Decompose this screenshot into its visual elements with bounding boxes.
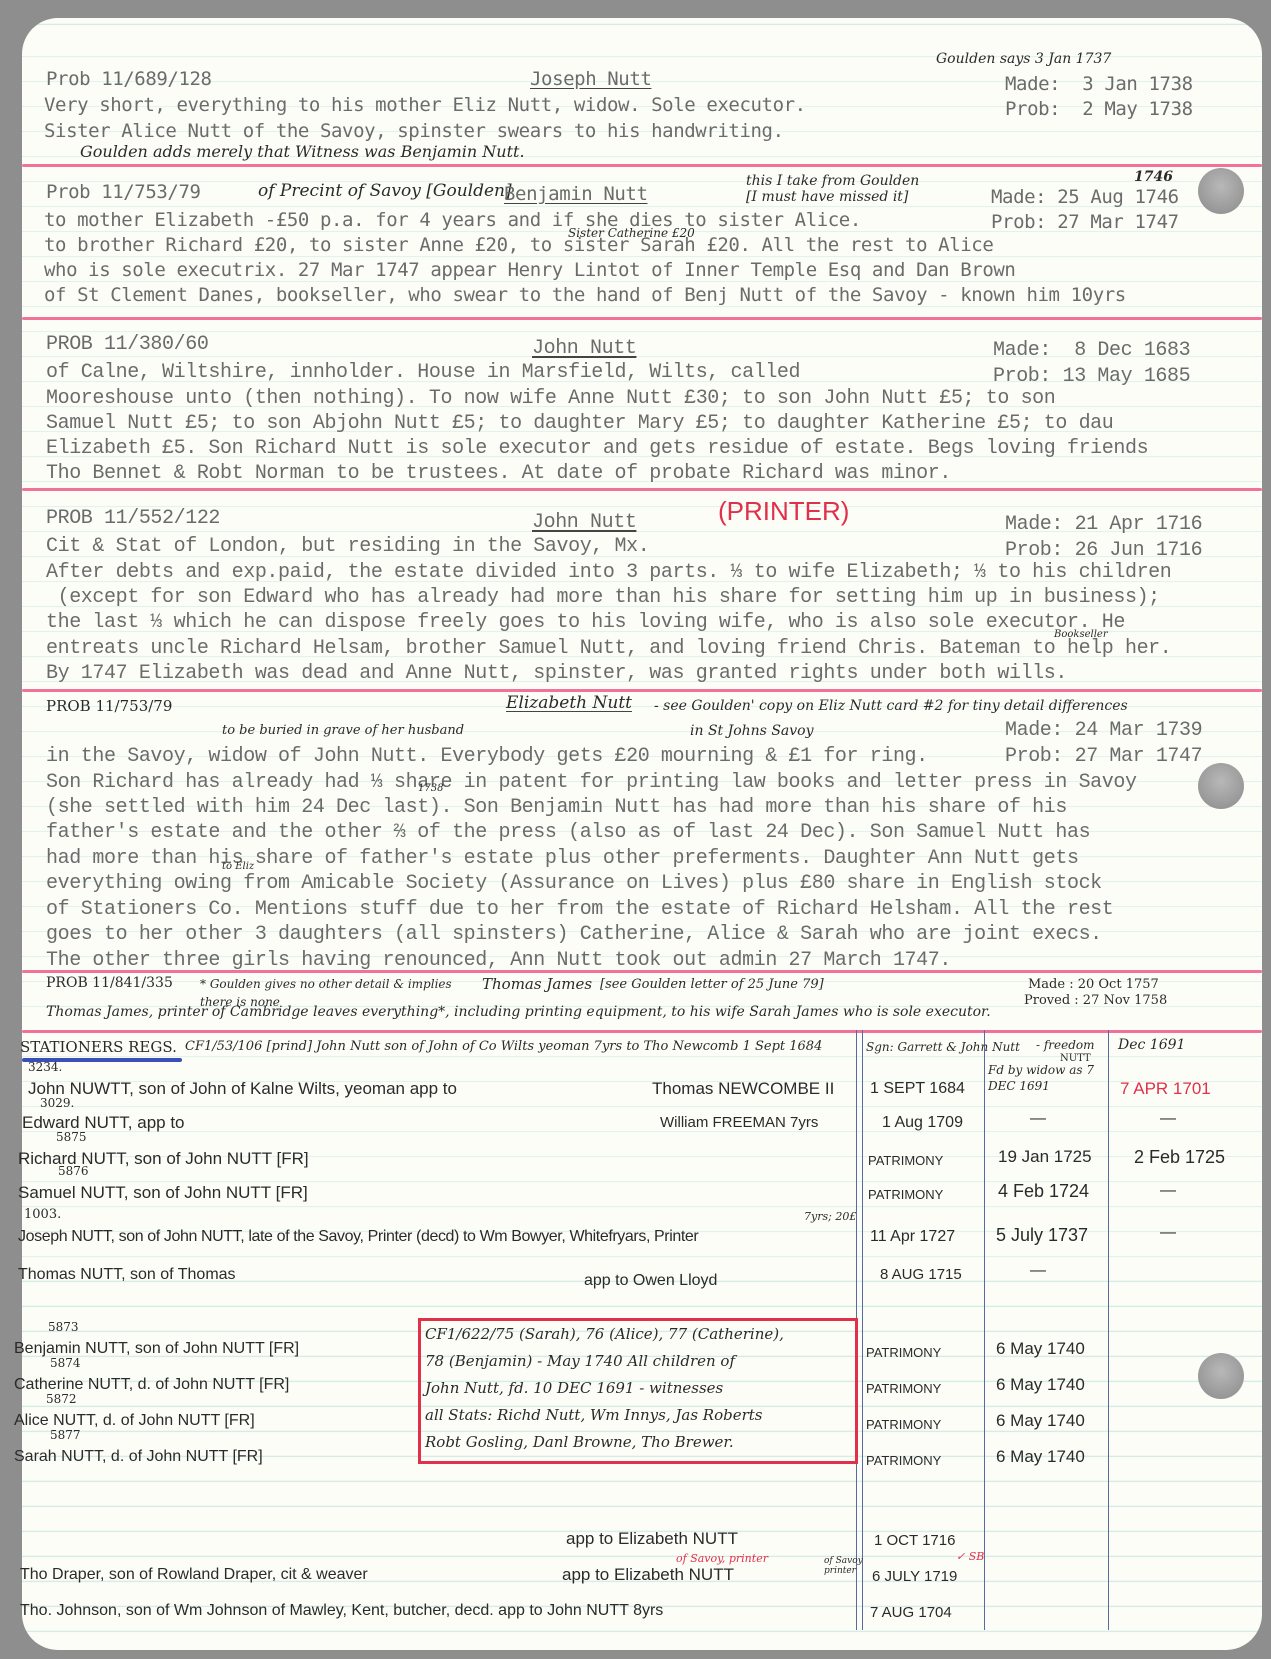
column-divider xyxy=(984,1030,985,1630)
reg-freed: 6 May 1740 xyxy=(996,1408,1085,1434)
reg-name: Samuel NUTT, son of John NUTT [FR] xyxy=(18,1180,308,1206)
reg-bound: PATRIMONY xyxy=(866,1448,941,1474)
separator xyxy=(22,689,1262,692)
entry-name: Benjamin Nutt xyxy=(504,182,648,207)
children-note-box: CF1/622/75 (Sarah), 76 (Alice), 77 (Cath… xyxy=(418,1318,858,1464)
entry-line: By 1747 Elizabeth was dead and Anne Nutt… xyxy=(46,661,1067,686)
reg-bound: PATRIMONY xyxy=(866,1376,941,1402)
entry-line: Mooreshouse unto (then nothing). To now … xyxy=(46,386,1055,411)
entry-line: of St Clement Danes, bookseller, who swe… xyxy=(44,283,1126,308)
entry-line: to mother Elizabeth -£50 p.a. for 4 year… xyxy=(44,208,861,233)
entry-line: father's estate and the other ⅔ of the p… xyxy=(46,820,1090,845)
reg-other: — xyxy=(1160,1106,1176,1132)
entry-name: John Nutt xyxy=(532,336,636,361)
column-divider xyxy=(862,1030,863,1630)
entry-line: Samuel Nutt £5; to son Abjohn Nutt £5; t… xyxy=(46,411,1113,436)
punch-hole xyxy=(1198,763,1244,809)
prob-date: Proved : 27 Nov 1758 xyxy=(1024,992,1167,1010)
reg-number: 5872 xyxy=(46,1390,77,1408)
box-line: CF1/622/75 (Sarah), 76 (Alice), 77 (Cath… xyxy=(425,1325,784,1343)
entry-name: John Nutt xyxy=(532,510,636,535)
punch-hole xyxy=(1198,1353,1244,1399)
reg-freed: — xyxy=(1030,1258,1046,1284)
reg-number: 3234. xyxy=(28,1058,62,1076)
made-date: Made: 3 Jan 1738 xyxy=(1005,72,1193,97)
entry-line: Cit & Stat of London, but residing in th… xyxy=(46,534,649,559)
reg-bound: PATRIMONY xyxy=(868,1182,943,1208)
made-date: Made: 24 Mar 1739 xyxy=(1005,718,1202,743)
entry-ref: PROB 11/552/122 xyxy=(46,506,220,531)
column-header-date: Dec 1691 xyxy=(1118,1036,1185,1054)
entry-ref: Prob 11/753/79 xyxy=(46,180,201,205)
column-header-sign: Sgn: Garrett & John Nutt xyxy=(866,1038,1020,1056)
entry-line: Elizabeth £5. Son Richard Nutt is sole e… xyxy=(46,436,1148,461)
reg-name: John NUWTT, son of John of Kalne Wilts, … xyxy=(28,1076,457,1102)
separator xyxy=(22,1030,1262,1033)
entry-ref: PROB 11/753/79 xyxy=(46,697,172,715)
apprentice-name: Tho Draper, son of Rowland Draper, cit &… xyxy=(20,1562,368,1588)
burial-note: in St Johns Savoy xyxy=(690,722,814,740)
header-note: CF1/53/106 [prind] John Nutt son of John… xyxy=(185,1038,822,1056)
made-date: Made: 25 Aug 1746 xyxy=(991,185,1179,210)
hand-ref-note: of Precint of Savoy [Goulden] xyxy=(258,182,512,200)
entry-ref: PROB 11/380/60 xyxy=(46,332,208,357)
reg-name: Edward NUTT, app to xyxy=(22,1110,185,1136)
reg-other: — xyxy=(1160,1178,1176,1204)
entry-name: Elizabeth Nutt xyxy=(506,694,632,712)
reg-freed: 6 May 1740 xyxy=(996,1444,1085,1470)
reg-master: app to Owen Lloyd xyxy=(584,1268,717,1294)
reg-master: Thomas NEWCOMBE II xyxy=(652,1076,834,1102)
separator xyxy=(22,488,1262,491)
reg-bound: PATRIMONY xyxy=(866,1340,941,1366)
reg-number: 5873 xyxy=(48,1318,79,1336)
goulden-note: Goulden says 3 Jan 1737 xyxy=(936,50,1111,68)
entry-name: Thomas James xyxy=(482,975,592,993)
reg-freed: — xyxy=(1030,1106,1046,1132)
made-date: Made: 21 Apr 1716 xyxy=(1005,512,1202,537)
entry-line: Thomas James, printer of Cambridge leave… xyxy=(46,1003,991,1021)
reg-other: 2 Feb 1725 xyxy=(1134,1144,1225,1170)
reg-bound: PATRIMONY xyxy=(868,1148,943,1174)
apprentice-date: 1 OCT 1716 xyxy=(874,1528,955,1554)
reg-number: 5875 xyxy=(56,1128,87,1146)
printer-tag: (PRINTER) xyxy=(718,502,849,520)
reg-number: 5877 xyxy=(50,1426,81,1444)
reg-bound: 1 SEPT 1684 xyxy=(870,1076,965,1102)
prob-date: Prob: 2 May 1738 xyxy=(1005,97,1193,122)
prob-date: Prob: 27 Mar 1747 xyxy=(991,210,1179,235)
reg-number: 5876 xyxy=(58,1162,89,1180)
entry-line: in the Savoy, widow of John Nutt. Everyb… xyxy=(46,744,928,769)
goulden-note: - see Goulden' copy on Eliz Nutt card #2… xyxy=(654,697,1128,715)
reg-freed: 19 Jan 1725 xyxy=(998,1144,1092,1170)
entry-line: everything owing from Amicable Society (… xyxy=(46,871,1102,896)
apprentice-name: Tho. Johnson, son of Wm Johnson of Mawle… xyxy=(20,1598,663,1624)
entry-line: of Stationers Co. Mentions stuff due to … xyxy=(46,897,1113,922)
entry-line: goes to her other 3 daughters (all spins… xyxy=(46,922,1102,947)
reg-freed: 6 May 1740 xyxy=(996,1336,1085,1362)
reg-freed: 4 Feb 1724 xyxy=(998,1178,1089,1204)
apprentice-date: 7 AUG 1704 xyxy=(870,1600,952,1626)
entry-line: (except for son Edward who has already h… xyxy=(46,585,1160,610)
burial-note: to be buried in grave of her husband xyxy=(222,722,464,740)
hand-note: Goulden adds merely that Witness was Ben… xyxy=(80,143,525,161)
entry-line: Tho Bennet & Robt Norman to be trustees.… xyxy=(46,461,951,486)
punch-hole xyxy=(1198,168,1244,214)
check-note: ✓ SB xyxy=(956,1548,984,1566)
entry-line: entreats uncle Richard Helsam, brother S… xyxy=(46,636,1171,661)
box-line: all Stats: Richd Nutt, Wm Innys, Jas Rob… xyxy=(425,1406,763,1424)
apprentice-side-note: of Savoy printer xyxy=(824,1556,864,1576)
reg-name: Sarah NUTT, d. of John NUTT [FR] xyxy=(14,1444,263,1470)
entry-ref: Prob 11/689/128 xyxy=(46,67,212,92)
apprentice-app: app to Elizabeth NUTT xyxy=(566,1526,738,1552)
name-note: [see Goulden letter of 25 June 79] xyxy=(600,976,824,994)
entry-line: to brother Richard £20, to sister Anne £… xyxy=(44,233,993,258)
entry-line: of Calne, Wiltshire, innholder. House in… xyxy=(46,360,800,385)
box-line: 78 (Benjamin) - May 1740 All children of xyxy=(425,1352,735,1370)
section-heading: STATIONERS REGS. xyxy=(20,1038,177,1056)
entry-line: had more than his share of father's esta… xyxy=(46,846,1079,871)
reg-name: Joseph NUTT, son of John NUTT, late of t… xyxy=(18,1224,698,1250)
reg-master: William FREEMAN 7yrs xyxy=(660,1110,818,1136)
hand-side-note: [I must have missed it] xyxy=(746,188,908,206)
reg-bound: 11 Apr 1727 xyxy=(870,1224,955,1250)
year-correction: 1746 xyxy=(1134,168,1173,186)
reg-other: — xyxy=(1160,1220,1176,1246)
reg-freed: 6 May 1740 xyxy=(996,1372,1085,1398)
reg-freed: 5 July 1737 xyxy=(996,1222,1088,1248)
reg-number: 5874 xyxy=(50,1354,81,1372)
made-date: Made: 8 Dec 1683 xyxy=(993,338,1190,363)
entry-line: Son Richard has already had ⅓ share in p… xyxy=(46,770,1137,795)
entry-line: After debts and exp.paid, the estate div… xyxy=(46,560,1171,585)
prob-date: Prob: 27 Mar 1747 xyxy=(1005,744,1202,769)
reg-terms: 7yrs; 20£ xyxy=(804,1208,856,1226)
column-divider xyxy=(1108,1030,1109,1630)
separator xyxy=(22,317,1262,320)
reg-bound: 8 AUG 1715 xyxy=(880,1262,962,1288)
entry-line: (she settled with him 24 Dec last). Son … xyxy=(46,795,1067,820)
reg-number: 1003. xyxy=(24,1206,61,1224)
entry-line: the last ⅓ which he can dispose freely g… xyxy=(46,610,1125,635)
apprentice-app: app to Elizabeth NUTT xyxy=(562,1562,734,1588)
reg-bound: PATRIMONY xyxy=(866,1412,941,1438)
box-line: Robt Gosling, Danl Browne, Tho Brewer. xyxy=(425,1433,734,1451)
entry-line: Sister Alice Nutt of the Savoy, spinster… xyxy=(44,119,784,144)
separator xyxy=(22,970,1262,973)
entry-name: Joseph Nutt xyxy=(530,67,651,92)
separator xyxy=(22,164,1262,167)
box-line: John Nutt, fd. 10 DEC 1691 - witnesses xyxy=(425,1379,723,1397)
entry-line: Very short, everything to his mother Eli… xyxy=(44,93,806,118)
apprentice-date: 6 JULY 1719 xyxy=(872,1564,957,1590)
entry-line: who is sole executrix. 27 Mar 1747 appea… xyxy=(44,258,1015,283)
reg-freed: Fd by widow as 7 DEC 1691 xyxy=(988,1062,1098,1094)
reg-name: Thomas NUTT, son of Thomas xyxy=(18,1262,236,1288)
entry-ref: PROB 11/841/335 xyxy=(46,974,173,992)
reg-other: 7 APR 1701 xyxy=(1120,1076,1211,1102)
reg-bound: 1 Aug 1709 xyxy=(882,1110,963,1136)
